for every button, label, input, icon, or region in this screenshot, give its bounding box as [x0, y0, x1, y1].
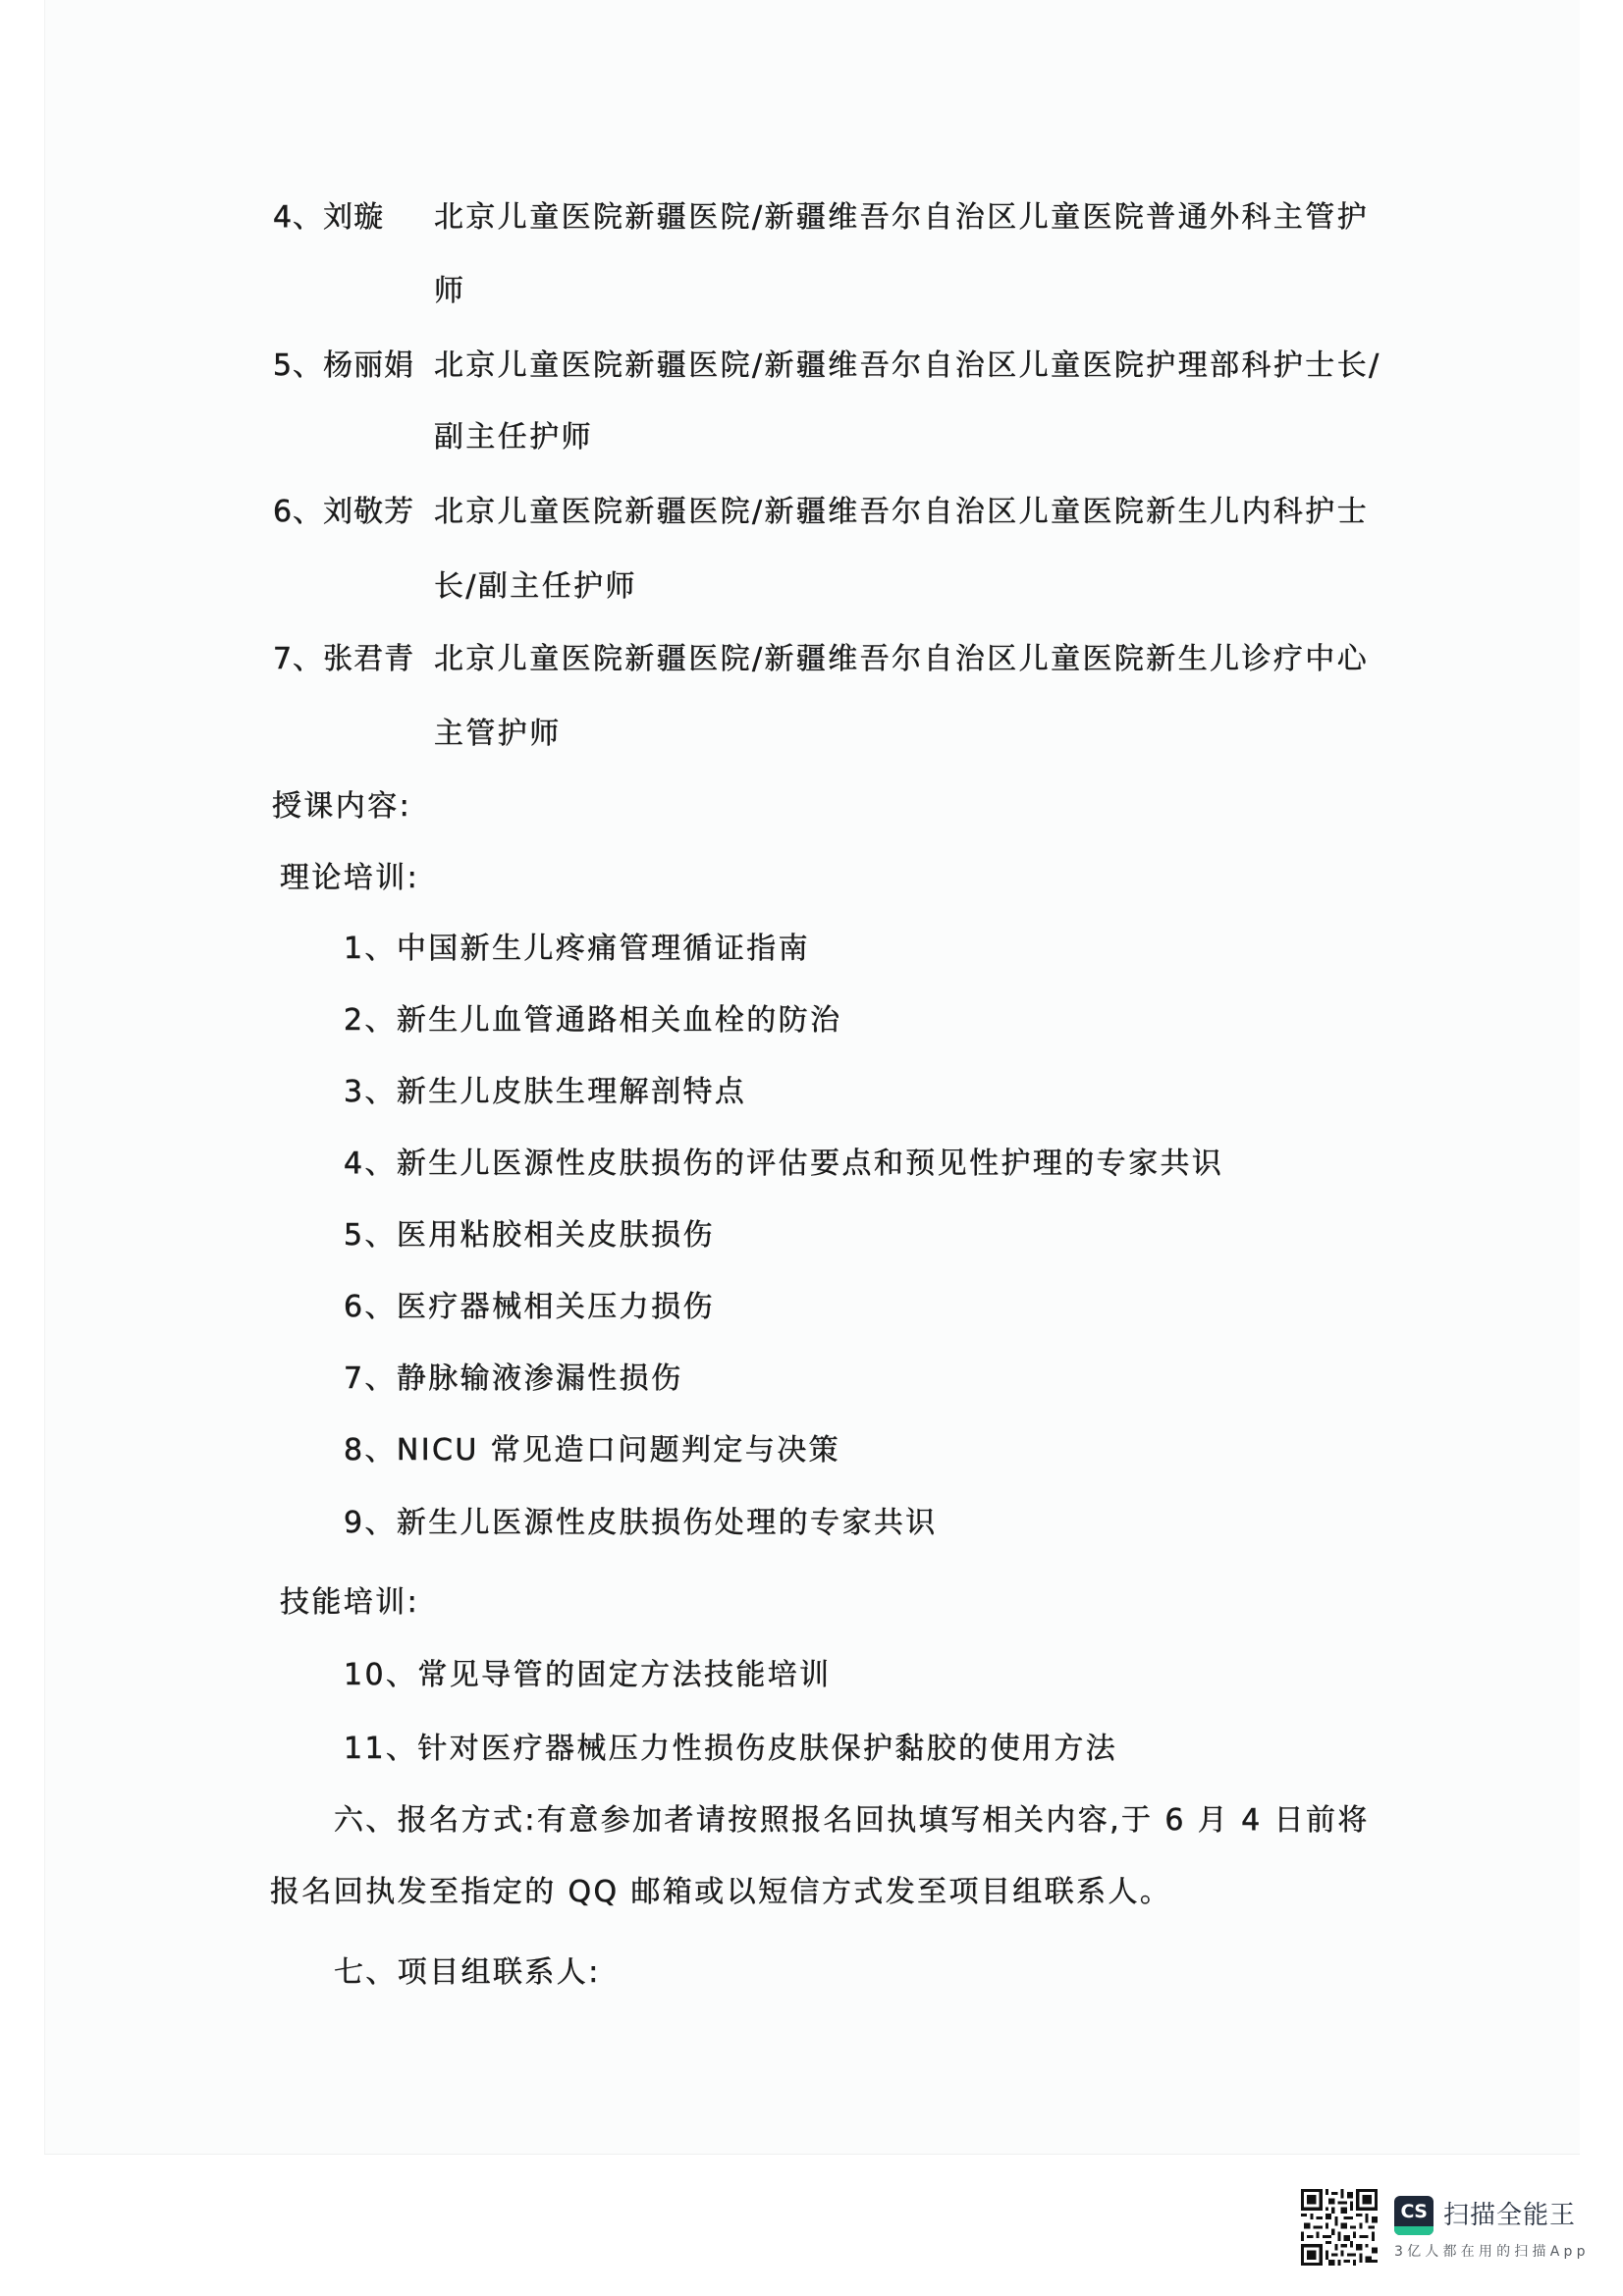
speaker-4-affiliation-line2: 师 [434, 274, 465, 309]
theory-item-9: 9、新生儿医源性皮肤损伤处理的专家共识 [344, 1506, 938, 1541]
theory-item-3: 3、新生儿皮肤生理解剖特点 [344, 1075, 746, 1110]
theory-item-8: 8、NICU 常见造口问题判定与决策 [344, 1433, 840, 1468]
theory-item-7: 7、静脉输液渗漏性损伤 [344, 1362, 683, 1397]
contacts-heading: 七、项目组联系人: [334, 1955, 601, 1991]
skills-item-10: 10、常见导管的固定方法技能培训 [344, 1658, 832, 1693]
speaker-7-affiliation-line1: 北京儿童医院新疆医院/新疆维吾尔自治区儿童医院新生儿诊疗中心 [434, 642, 1369, 677]
speaker-5-affiliation-line1: 北京儿童医院新疆医院/新疆维吾尔自治区儿童医院护理部科护士长/ [434, 348, 1381, 384]
speaker-6-affiliation-line1: 北京儿童医院新疆医院/新疆维吾尔自治区儿童医院新生儿内科护士 [434, 495, 1369, 530]
registration-line-2: 报名回执发至指定的 QQ 邮箱或以短信方式发至项目组联系人。 [270, 1875, 1171, 1910]
skills-training-heading: 技能培训: [280, 1585, 419, 1621]
brand-name: 扫描全能王 [1443, 2200, 1576, 2231]
speaker-7-affiliation-line2: 主管护师 [434, 717, 562, 752]
registration-line-1: 六、报名方式:有意参加者请按照报名回执填写相关内容,于 6 月 4 日前将 [334, 1803, 1370, 1839]
camscanner-logo-text: CS [1394, 2200, 1434, 2223]
speaker-4-name: 4、刘璇 [273, 200, 384, 236]
speaker-4-affiliation-line1: 北京儿童医院新疆医院/新疆维吾尔自治区儿童医院普通外科主管护 [434, 200, 1369, 236]
camscanner-logo-icon: CS [1394, 2196, 1434, 2235]
speaker-5-affiliation-line2: 副主任护师 [434, 420, 593, 455]
theory-training-heading: 理论培训: [280, 861, 419, 896]
course-content-heading: 授课内容: [272, 789, 411, 825]
camscanner-watermark: CS 扫描全能王 3亿人都在用的扫描App [1301, 2187, 1586, 2270]
theory-item-4: 4、新生儿医源性皮肤损伤的评估要点和预见性护理的专家共识 [344, 1147, 1223, 1182]
brand-tagline: 3亿人都在用的扫描App [1394, 2243, 1590, 2261]
skills-item-11: 11、针对医疗器械压力性损伤皮肤保护黏胶的使用方法 [344, 1732, 1117, 1767]
speaker-7-name: 7、张君青 [273, 642, 414, 677]
qr-code-icon [1301, 2189, 1378, 2266]
theory-item-1: 1、中国新生儿疼痛管理循证指南 [344, 932, 810, 967]
theory-item-2: 2、新生儿血管通路相关血栓的防治 [344, 1003, 842, 1039]
theory-item-6: 6、医疗器械相关压力损伤 [344, 1290, 715, 1325]
camscanner-logo-band [1394, 2226, 1434, 2235]
speaker-6-name: 6、刘敬芳 [273, 495, 414, 530]
speaker-5-name: 5、杨丽娟 [273, 348, 414, 384]
theory-item-5: 5、医用粘胶相关皮肤损伤 [344, 1218, 715, 1254]
speaker-6-affiliation-line2: 长/副主任护师 [434, 569, 637, 605]
